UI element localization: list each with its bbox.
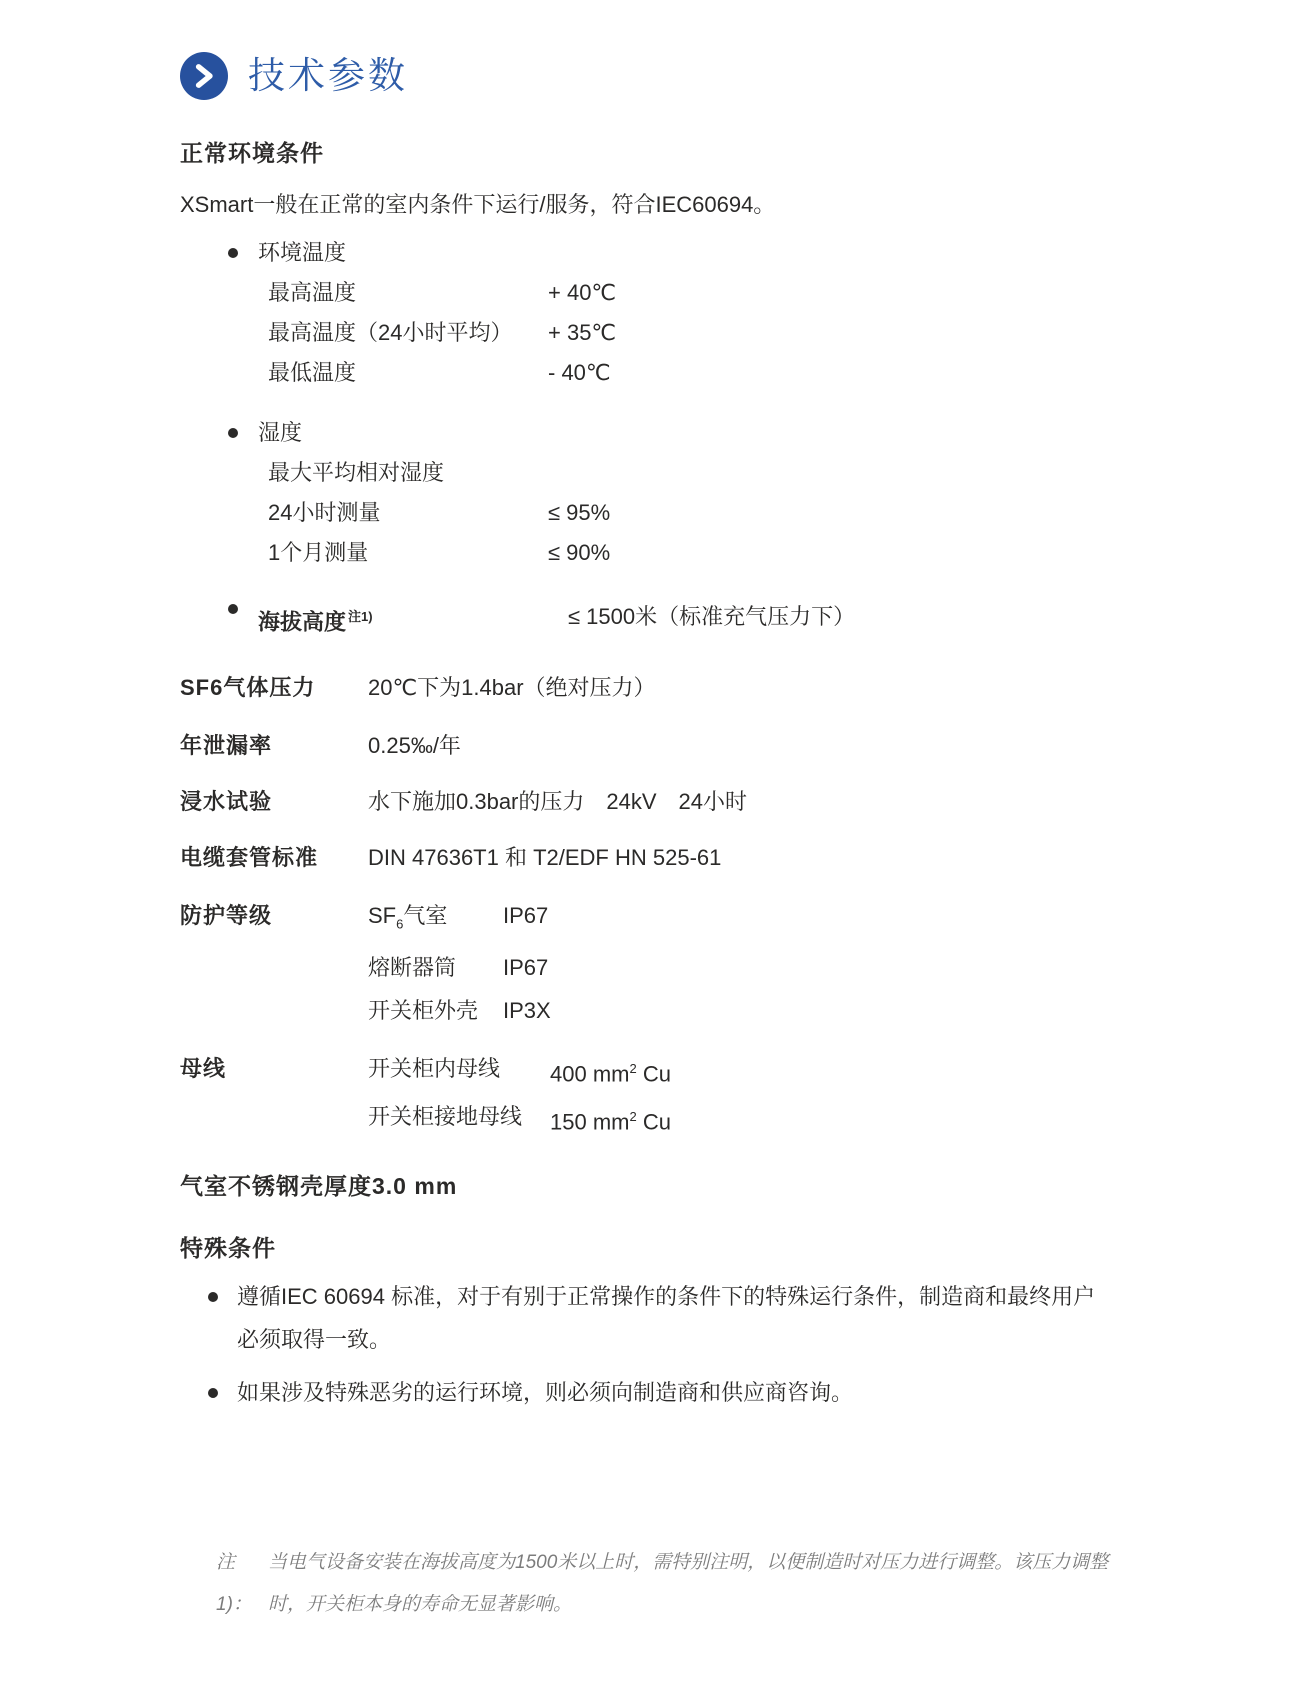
row-label: 开关柜外壳 bbox=[368, 998, 503, 1024]
footnote-label: 注1)： bbox=[216, 1542, 268, 1626]
env-group-temperature: 环境温度 bbox=[228, 240, 1207, 266]
table-row: 1个月测量 ≤ 90% bbox=[268, 540, 1207, 566]
row-label: 1个月测量 bbox=[268, 540, 548, 566]
row-value: - 40℃ bbox=[548, 360, 611, 386]
env-group-humidity: 湿度 bbox=[228, 420, 1207, 446]
table-row: 开关柜内母线 400 mm2 Cu bbox=[368, 1056, 671, 1087]
env-group-label: 湿度 bbox=[258, 420, 302, 446]
spec-label: 浸水试验 bbox=[180, 789, 368, 815]
altitude-value: ≤ 1500米（标准充气压力下） bbox=[568, 604, 855, 630]
row-label: 开关柜接地母线 bbox=[368, 1104, 550, 1135]
spec-label: 防护等级 bbox=[180, 903, 368, 929]
table-row: 最高温度 + 40℃ bbox=[268, 280, 1207, 306]
row-label: SF6气室 bbox=[368, 903, 503, 937]
bullet-icon bbox=[228, 604, 238, 614]
spec-label: 年泄漏率 bbox=[180, 733, 368, 759]
special-bullet-text: 如果涉及特殊恶劣的运行环境，则必须向制造商和供应商咨询。 bbox=[237, 1371, 853, 1414]
spec-label: SF6气体压力 bbox=[180, 675, 368, 701]
spec-row-sf6-pressure: SF6气体压力 20℃下为1.4bar（绝对压力） bbox=[180, 675, 1207, 701]
normal-env-heading: 正常环境条件 bbox=[180, 140, 1207, 166]
footnote-ref: 注1) bbox=[348, 609, 373, 624]
bullet-icon bbox=[228, 248, 238, 258]
table-row: 熔断器筒 IP67 bbox=[368, 955, 551, 981]
special-bullet: 遵循IEC 60694 标准，对于有别于正常操作的条件下的特殊运行条件，制造商和… bbox=[208, 1275, 1207, 1361]
footnote: 注1)： 当电气设备安装在海拔高度为1500米以上时，需特别注明，以便制造时对压… bbox=[216, 1542, 1207, 1626]
section-header: 技术参数 bbox=[180, 52, 1207, 100]
row-label: 最低温度 bbox=[268, 360, 548, 386]
row-value: ≤ 90% bbox=[548, 540, 610, 566]
footnote-text: 当电气设备安装在海拔高度为1500米以上时，需特别注明，以便制造时对压力进行调整… bbox=[268, 1542, 1123, 1626]
env-group-label: 环境温度 bbox=[258, 240, 346, 266]
row-value: 400 mm2 Cu bbox=[550, 1056, 671, 1087]
row-label: 熔断器筒 bbox=[368, 955, 503, 981]
env-group-altitude: 海拔高度注1) ≤ 1500米（标准充气压力下） bbox=[228, 604, 1207, 635]
table-row: 最低温度 - 40℃ bbox=[268, 360, 1207, 386]
row-value: 150 mm2 Cu bbox=[550, 1104, 671, 1135]
row-label: 最高温度（24小时平均） bbox=[268, 320, 548, 346]
table-row: 最大平均相对湿度 bbox=[268, 460, 1207, 486]
spec-row-bushing-standard: 电缆套管标准 DIN 47636T1 和 T2/EDF HN 525-61 bbox=[180, 845, 1207, 871]
document-page: 技术参数 正常环境条件 XSmart一般在正常的室内条件下运行/服务，符合IEC… bbox=[0, 0, 1307, 1693]
busbar-sub-rows: 开关柜内母线 400 mm2 Cu 开关柜接地母线 150 mm2 Cu bbox=[368, 1056, 671, 1136]
row-label: 最高温度 bbox=[268, 280, 548, 306]
row-label: 开关柜内母线 bbox=[368, 1056, 550, 1087]
special-bullet: 如果涉及特殊恶劣的运行环境，则必须向制造商和供应商咨询。 bbox=[208, 1371, 1207, 1414]
altitude-label: 海拔高度注1) bbox=[258, 604, 548, 635]
spec-value: 20℃下为1.4bar（绝对压力） bbox=[368, 675, 656, 701]
special-conditions-heading: 特殊条件 bbox=[180, 1235, 1207, 1261]
row-value: IP67 bbox=[503, 955, 548, 981]
spec-value: DIN 47636T1 和 T2/EDF HN 525-61 bbox=[368, 845, 721, 871]
shell-thickness-note: 气室不锈钢壳厚度3.0 mm bbox=[180, 1173, 1207, 1199]
bullet-icon bbox=[208, 1292, 218, 1302]
spec-value: 水下施加0.3bar的压力 24kV 24小时 bbox=[368, 789, 747, 815]
row-label: 最大平均相对湿度 bbox=[268, 460, 548, 486]
spec-label: 母线 bbox=[180, 1056, 368, 1082]
spec-value: 0.25‰/年 bbox=[368, 733, 461, 759]
spec-label: 电缆套管标准 bbox=[180, 845, 368, 871]
table-row: SF6气室 IP67 bbox=[368, 903, 551, 937]
row-value: ≤ 95% bbox=[548, 500, 610, 526]
table-row: 最高温度（24小时平均） + 35℃ bbox=[268, 320, 1207, 346]
table-row: 24小时测量 ≤ 95% bbox=[268, 500, 1207, 526]
row-value: + 40℃ bbox=[548, 280, 616, 306]
row-label: 24小时测量 bbox=[268, 500, 548, 526]
row-value: + 35℃ bbox=[548, 320, 616, 346]
spec-row-busbar: 母线 开关柜内母线 400 mm2 Cu 开关柜接地母线 150 mm2 Cu bbox=[180, 1056, 1207, 1136]
special-bullet-text: 遵循IEC 60694 标准，对于有别于正常操作的条件下的特殊运行条件，制造商和… bbox=[237, 1275, 1117, 1361]
table-row: 开关柜外壳 IP3X bbox=[368, 998, 551, 1024]
page-title: 技术参数 bbox=[248, 56, 408, 96]
intro-text: XSmart一般在正常的室内条件下运行/服务，符合IEC60694。 bbox=[180, 192, 1207, 218]
spec-row-leak-rate: 年泄漏率 0.25‰/年 bbox=[180, 733, 1207, 759]
spec-row-protection-degree: 防护等级 SF6气室 IP67 熔断器筒 IP67 开关柜外壳 IP3X bbox=[180, 903, 1207, 1023]
bullet-icon bbox=[228, 428, 238, 438]
spec-row-immersion-test: 浸水试验 水下施加0.3bar的压力 24kV 24小时 bbox=[180, 789, 1207, 815]
row-value: IP3X bbox=[503, 998, 551, 1024]
bullet-icon bbox=[208, 1388, 218, 1398]
table-row: 开关柜接地母线 150 mm2 Cu bbox=[368, 1104, 671, 1135]
protection-sub-rows: SF6气室 IP67 熔断器筒 IP67 开关柜外壳 IP3X bbox=[368, 903, 551, 1023]
row-value: IP67 bbox=[503, 903, 548, 937]
chevron-right-icon bbox=[180, 52, 228, 100]
